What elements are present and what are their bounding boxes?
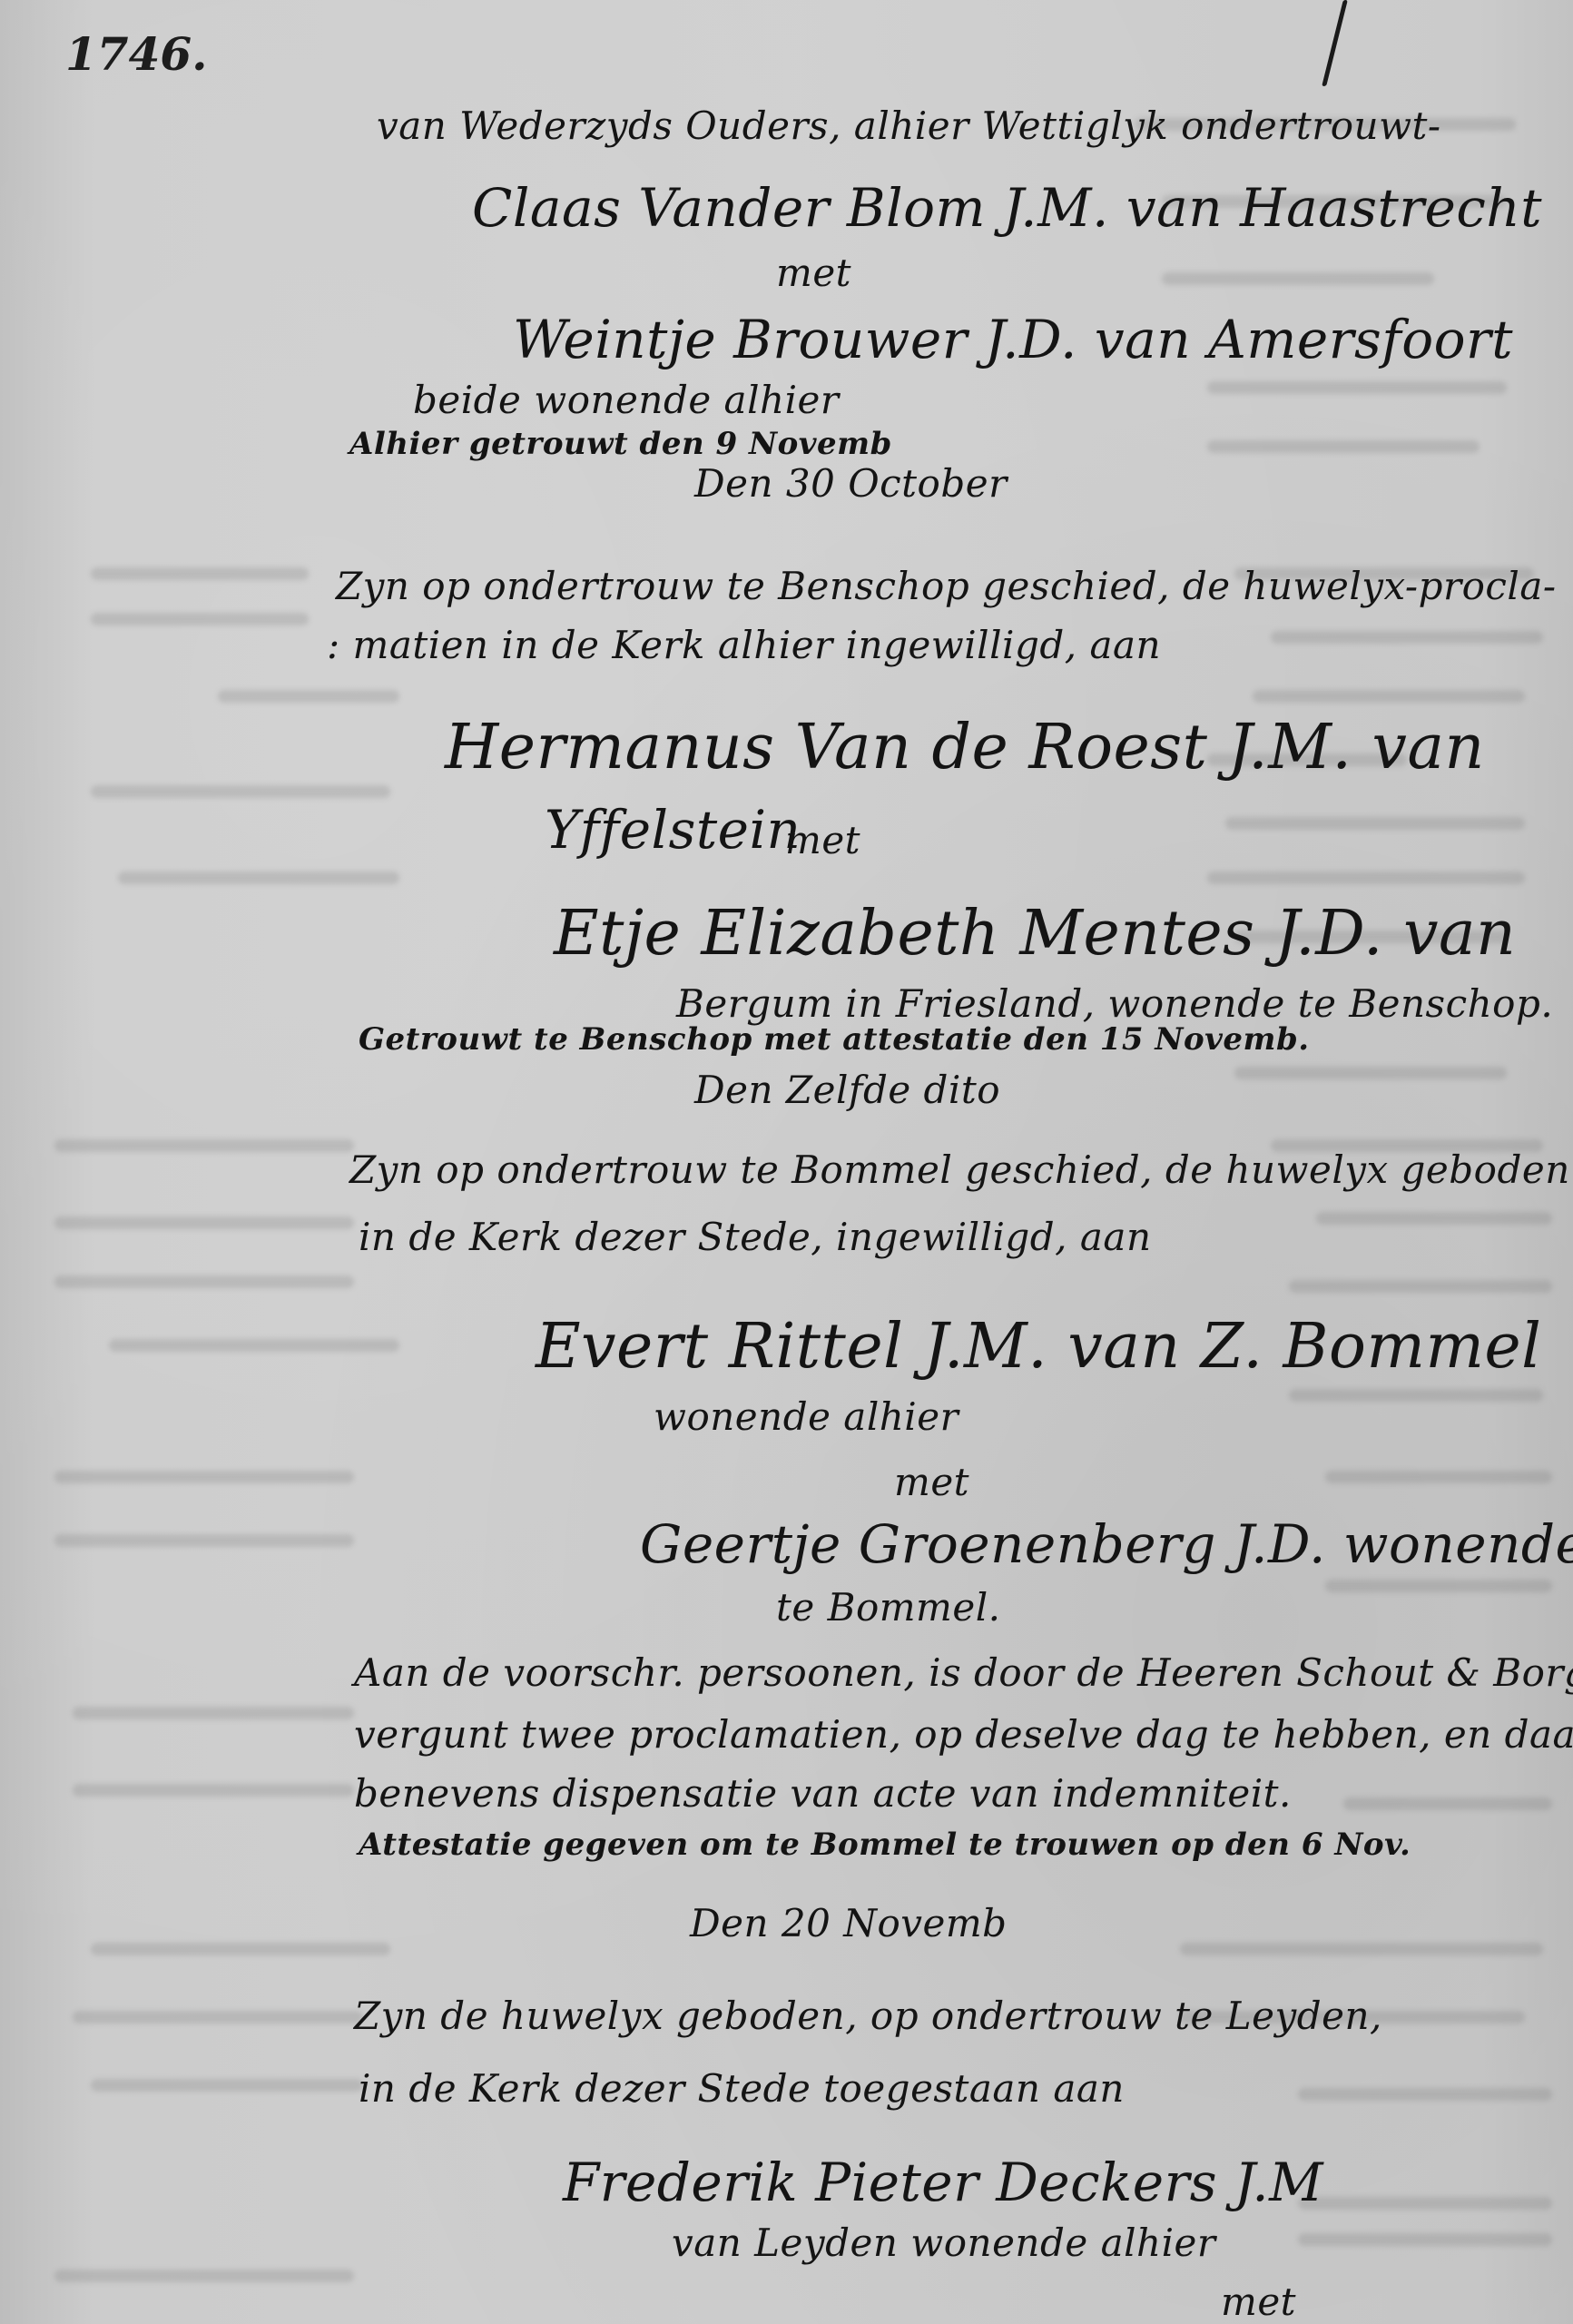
bride-origin: Bergum in Friesland, wonende te Benschop… bbox=[676, 985, 1553, 1023]
connector-met: met bbox=[1221, 2283, 1296, 2321]
date-heading: Den Zelfde dito bbox=[694, 1071, 1000, 1109]
residence-line: beide wonende alhier bbox=[413, 381, 839, 419]
groom-residence: wonende alhier bbox=[654, 1398, 959, 1436]
remark-line: benevens dispensatie van acte van indemn… bbox=[354, 1775, 1292, 1813]
connector-met: met bbox=[785, 822, 860, 860]
bride-name: Geertje Groenenberg J.D. wonende bbox=[640, 1518, 1573, 1571]
entry-text-line: Zyn de huwelyx geboden, op ondertrouw te… bbox=[354, 1997, 1382, 2035]
entry-text-line: : matien in de Kerk alhier ingewilligd, … bbox=[327, 626, 1161, 665]
connector-met: met bbox=[776, 254, 851, 292]
groom-origin: Yffelstein bbox=[545, 803, 801, 856]
date-heading: Den 20 Novemb bbox=[690, 1905, 1008, 1943]
marriage-note: Getrouwt te Benschop met attestatie den … bbox=[359, 1024, 1310, 1055]
entry-text-line: Zyn op ondertrouw te Bommel geschied, de… bbox=[349, 1151, 1570, 1189]
year-heading: 1746. bbox=[65, 27, 208, 81]
entry-text-line: Zyn op ondertrouw te Benschop geschied, … bbox=[336, 567, 1557, 606]
folio-mark bbox=[1322, 0, 1348, 86]
bride-name: Weintje Brouwer J.D. van Amersfoort bbox=[513, 313, 1513, 366]
groom-name: Hermanus Van de Roest J.M. van bbox=[445, 717, 1485, 779]
remark-line: vergunt twee proclamatien, op deselve da… bbox=[354, 1716, 1573, 1754]
groom-residence: van Leyden wonende alhier bbox=[672, 2224, 1215, 2262]
register-page: 1746. van Wederzyds Ouders, alhier Wetti… bbox=[0, 0, 1573, 2324]
date-heading: Den 30 October bbox=[694, 465, 1008, 503]
attestation-note: Attestatie gegeven om te Bommel te trouw… bbox=[359, 1829, 1411, 1860]
groom-name: Frederik Pieter Deckers J.M bbox=[563, 2156, 1323, 2209]
entry-text-line: in de Kerk dezer Stede, ingewilligd, aan bbox=[359, 1218, 1152, 1256]
bride-name: Etje Elizabeth Mentes J.D. van bbox=[554, 903, 1516, 965]
marriage-note: Alhier getrouwt den 9 Novemb bbox=[349, 428, 892, 459]
entry-text-line: in de Kerk dezer Stede toegestaan aan bbox=[359, 2070, 1125, 2108]
bride-residence: te Bommel. bbox=[776, 1589, 1001, 1627]
connector-met: met bbox=[894, 1463, 969, 1502]
entry-text-line: van Wederzyds Ouders, alhier Wettiglyk o… bbox=[377, 107, 1441, 145]
groom-name: Evert Rittel J.M. van Z. Bommel bbox=[536, 1316, 1541, 1378]
groom-name: Claas Vander Blom J.M. van Haastrecht bbox=[472, 182, 1542, 234]
remark-line: Aan de voorschr. persoonen, is door de H… bbox=[354, 1654, 1573, 1692]
